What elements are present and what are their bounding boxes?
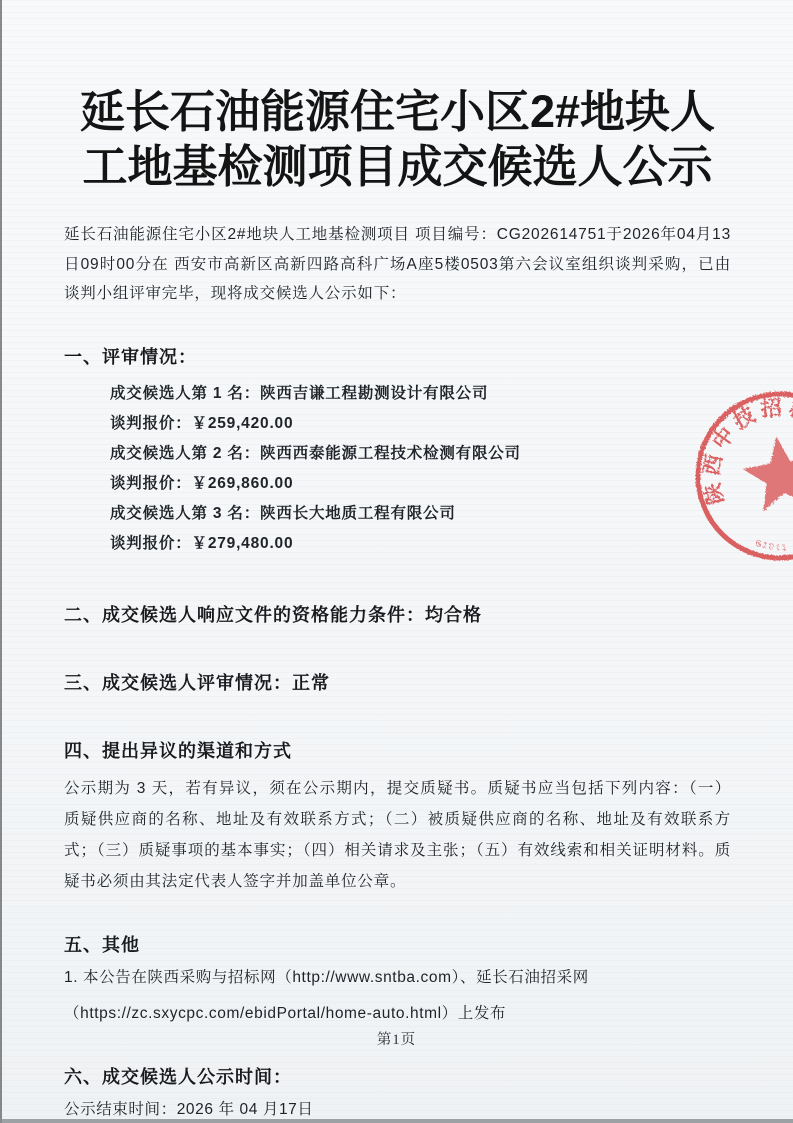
- candidate-1-rank-label: 成交候选人第 1 名：: [110, 385, 260, 402]
- other-line-1: 1. 本公告在陕西采购与招标网（http://www.sntba.com）、延长…: [64, 963, 731, 993]
- candidate-3-price-label: 谈判报价：: [110, 535, 192, 552]
- candidate-2-rank-label: 成交候选人第 2 名：: [110, 445, 260, 462]
- section-objection-heading: 四、提出异议的渠道和方式: [64, 737, 731, 763]
- candidate-2-price: ￥269,860.00: [192, 475, 294, 492]
- other-line-2: （https://zc.sxycpc.com/ebidPortal/home-a…: [64, 999, 731, 1029]
- section-review-heading: 一、评审情况：: [64, 343, 731, 369]
- document-title: 延长石油能源住宅小区2#地块人 工地基检测项目成交候选人公示: [64, 84, 731, 194]
- seal-star-icon: [739, 431, 793, 513]
- candidate-2-company: 陕西西泰能源工程技术检测有限公司: [260, 445, 521, 462]
- section-other-heading: 五、其他: [64, 931, 731, 957]
- candidate-3-name-line: 成交候选人第 3 名：陕西长大地质工程有限公司: [110, 499, 731, 529]
- qualification-value: 均合格: [425, 605, 482, 625]
- candidates-list: 成交候选人第 1 名：陕西吉谦工程勘测设计有限公司 谈判报价：￥259,420.…: [110, 379, 731, 559]
- section-qualification-heading: 二、成交候选人响应文件的资格能力条件：均合格: [64, 601, 731, 627]
- publicity-end-time-label: 公示结束时间：: [64, 1101, 177, 1118]
- scan-edge-bottom: [0, 1119, 793, 1123]
- candidate-1-price-label: 谈判报价：: [110, 415, 192, 432]
- page-number: 第1页: [0, 1028, 793, 1049]
- section-publicity-time-heading: 六、成交候选人公示时间：: [64, 1063, 731, 1089]
- candidate-3-rank-label: 成交候选人第 3 名：: [110, 505, 260, 522]
- intro-paragraph: 延长石油能源住宅小区2#地块人工地基检测项目 项目编号：CG202614751于…: [64, 220, 731, 309]
- review-status-value: 正常: [292, 673, 330, 693]
- objection-paragraph: 公示期为 3 天，若有异议，须在公示期内，提交质疑书。质疑书应当包括下列内容：（…: [64, 773, 731, 897]
- candidate-1-name-line: 成交候选人第 1 名：陕西吉谦工程勘测设计有限公司: [110, 379, 731, 409]
- title-line-1: 延长石油能源住宅小区2#地块人: [64, 84, 731, 139]
- candidate-1-price: ￥259,420.00: [192, 415, 294, 432]
- candidate-3-company: 陕西长大地质工程有限公司: [260, 505, 456, 522]
- scan-edge-left: [0, 0, 2, 1123]
- qualification-label: 二、成交候选人响应文件的资格能力条件：: [64, 605, 425, 625]
- seal-serial-text: 61011: [754, 538, 788, 553]
- candidate-3-price-line: 谈判报价：￥279,480.00: [110, 529, 731, 559]
- document-page: 延长石油能源住宅小区2#地块人 工地基检测项目成交候选人公示 延长石油能源住宅小…: [0, 0, 793, 1123]
- candidate-1-company: 陕西吉谦工程勘测设计有限公司: [260, 385, 488, 402]
- title-line-2: 工地基检测项目成交候选人公示: [64, 139, 731, 194]
- seal-serial-textpath: 61011: [754, 538, 788, 553]
- candidate-3-price: ￥279,480.00: [192, 535, 294, 552]
- candidate-2-price-label: 谈判报价：: [110, 475, 192, 492]
- candidate-1-price-line: 谈判报价：￥259,420.00: [110, 409, 731, 439]
- candidate-2-price-line: 谈判报价：￥269,860.00: [110, 469, 731, 499]
- review-status-label: 三、成交候选人评审情况：: [64, 673, 292, 693]
- candidate-2-name-line: 成交候选人第 2 名：陕西西泰能源工程技术检测有限公司: [110, 439, 731, 469]
- section-review-status-heading: 三、成交候选人评审情况：正常: [64, 669, 731, 695]
- publicity-end-time-value: 2026 年 04 月17日: [177, 1101, 314, 1118]
